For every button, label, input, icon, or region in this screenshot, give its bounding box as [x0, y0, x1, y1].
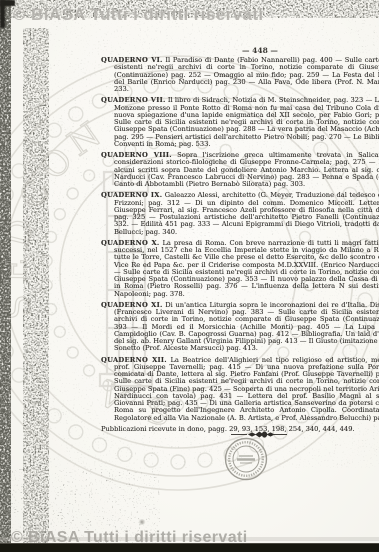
seal-letter: C [12, 173, 60, 215]
corner-ink-mark [0, 0, 5, 28]
quaderno-entry: QUADERNO VIII. Sopra l'iscrizione greca … [101, 152, 379, 188]
quaderno-entry: QUADERNO VII. Il libro di Sidrach, Notiz… [101, 97, 379, 148]
gutter-shadow [0, 0, 11, 552]
entry-text: Di un'antica Liturgia sopra le incoronaz… [114, 301, 379, 353]
seal-letter: O [33, 140, 81, 187]
entry-text: Galeazzo Alessi, architetto (G. Meyer, T… [114, 191, 379, 235]
page-number: — 448 — [220, 46, 300, 55]
copyright-watermark-top: © BiASA Tutti i diritti riservati [13, 5, 264, 25]
entry-text: La presa di Roma. Con breve narrazione d… [114, 239, 379, 298]
seal-letter: D [0, 215, 43, 251]
quaderno-entry: QUADERNO IX. Galeazzo Alessi, architetto… [101, 192, 379, 236]
quaderno-entry: QUADERNO XII. La Beatrice dell'Alighieri… [101, 357, 379, 422]
quaderno-entry: QUADERNO X. La presa di Roma. Con breve … [101, 240, 379, 298]
index-list: QUADERNO VI. Il Paradiso di Dante (Fabio… [101, 57, 379, 437]
entry-text: La Beatrice dell'Alighieri nel tipo reli… [114, 356, 379, 422]
circular-library-stamp-icon [222, 435, 270, 483]
quaderno-entry: QUADERNO VI. Il Paradiso di Dante (Fabio… [101, 57, 379, 93]
seal-letter: E [0, 257, 35, 283]
bottom-scan-bar [0, 543, 379, 552]
quaderno-entry: QUADERNO XI. Di un'antica Liturgia sopra… [101, 302, 379, 353]
spine-speckle-column [23, 28, 49, 548]
entry-text: Il libro di Sidrach, Notizia di M. Stein… [114, 96, 379, 148]
scanned-book-page: NOCDESVS — 448 — QUADERNO VI. Il Paradis… [0, 0, 379, 552]
stray-pencil-mark [138, 519, 146, 525]
seal-letter: S [0, 291, 41, 322]
